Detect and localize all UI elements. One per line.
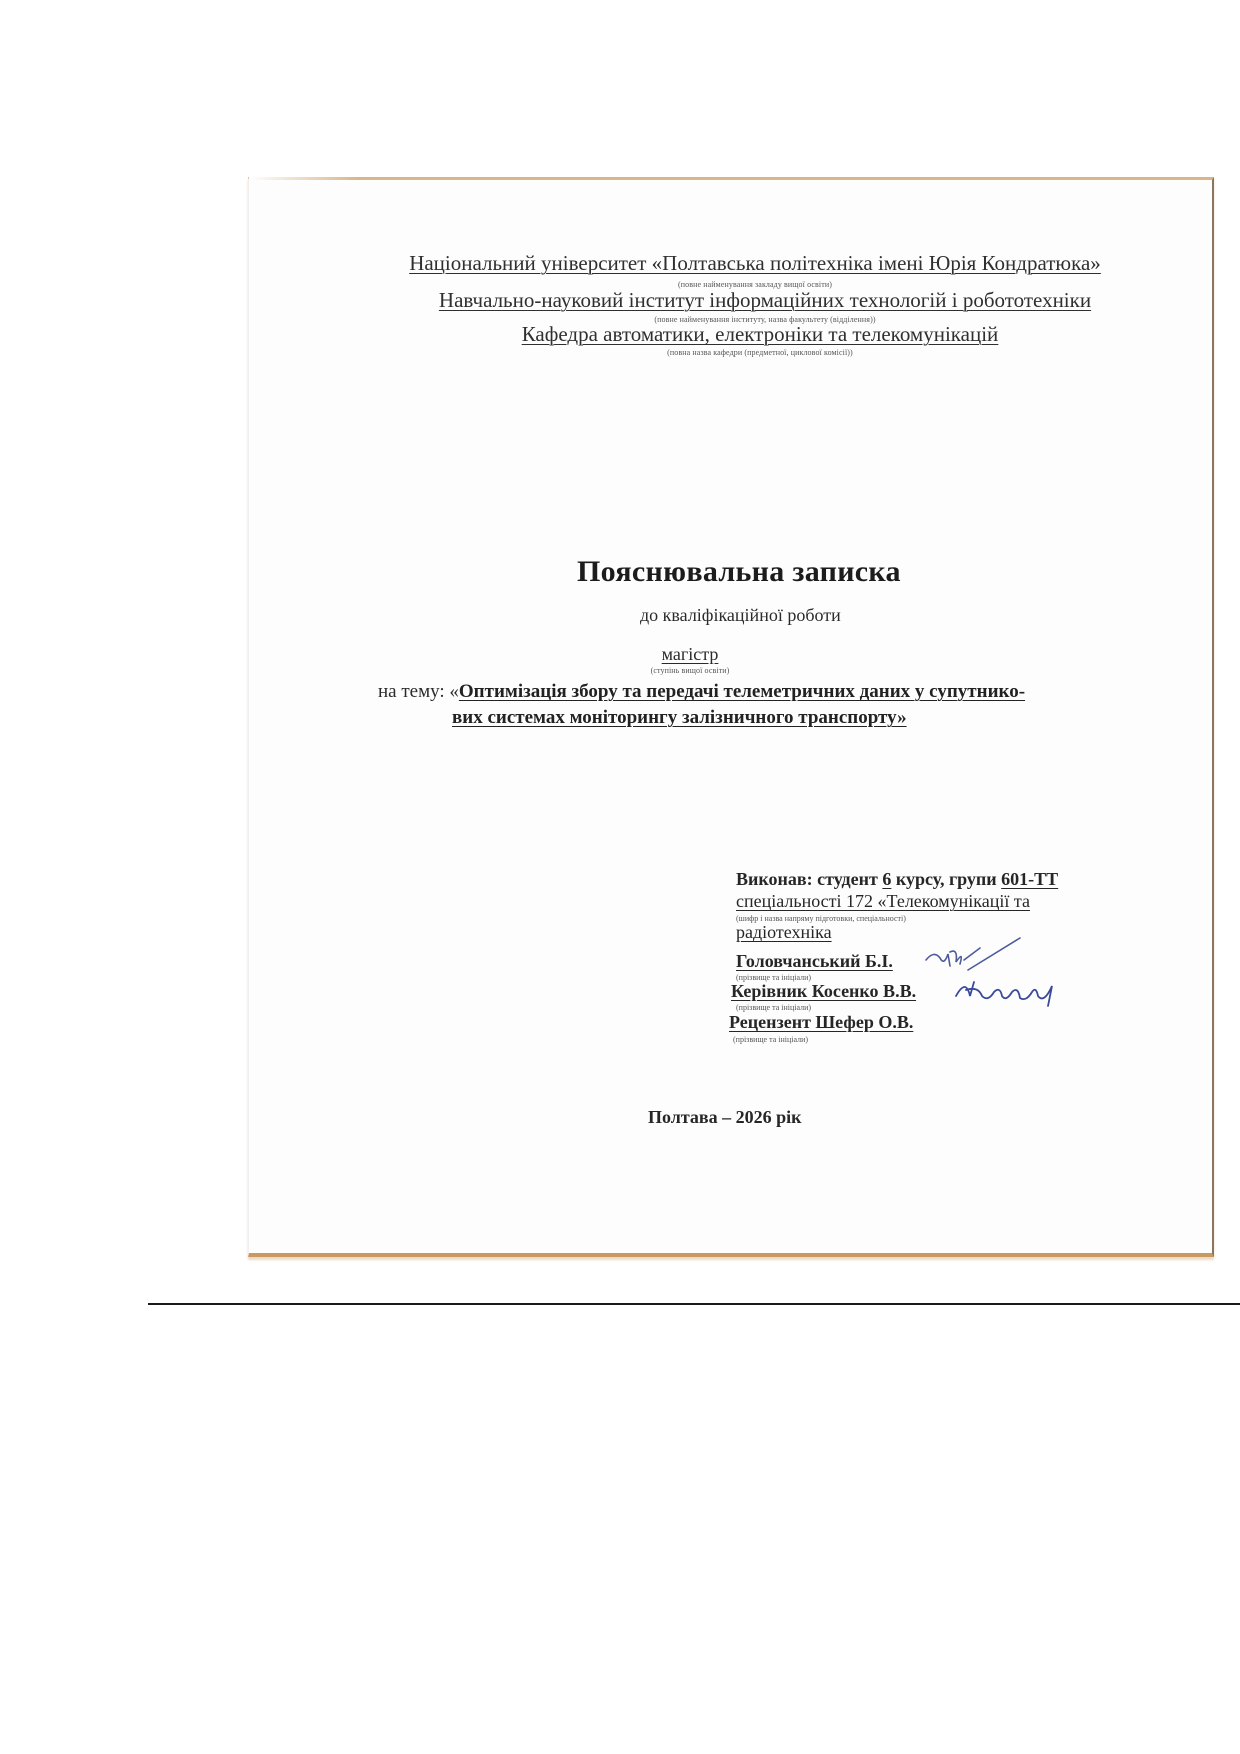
supervisor-note: (прізвище та ініціали) — [736, 1003, 811, 1012]
specialty-continuation: радіотехніка — [736, 922, 832, 943]
institute-name: Навчально-науковий інститут інформаційни… — [415, 288, 1115, 313]
city-year: Полтава – 2026 рік — [648, 1107, 802, 1128]
degree-note: (ступінь вищої освіти) — [603, 666, 777, 675]
degree-value: магістр — [603, 644, 777, 665]
document-title: Пояснювальна записка — [577, 555, 901, 589]
document-subtitle: до кваліфікаційної роботи — [640, 605, 841, 626]
performed-by-line: Виконав: студент 6 курсу, групи 601-ТТ — [736, 869, 1058, 890]
topic-line-1: на тему: «Оптимізація збору та передачі … — [378, 681, 1025, 703]
department-name: Кафедра автоматики, електроніки та телек… — [470, 322, 1050, 347]
horizontal-divider — [148, 1303, 1240, 1305]
supervisor-signature-icon — [948, 972, 1068, 1016]
student-name: Головчанський Б.І. — [736, 951, 941, 972]
topic-text-1: Оптимізація збору та передачі телеметрич… — [459, 681, 1025, 702]
specialty-line: спеціальності 172 «Телекомунікації та — [736, 891, 1030, 912]
topic-line-2: вих системах моніторингу залізничного тр… — [452, 707, 907, 729]
university-name: Національний університет «Полтавська пол… — [395, 251, 1115, 276]
supervisor-name: Керівник Косенко В.В. — [731, 981, 916, 1002]
group-code: 601-ТТ — [1001, 869, 1058, 889]
reviewer-name: Рецензент Шефер О.В. — [729, 1012, 953, 1033]
performed-prefix: Виконав: студент — [736, 869, 882, 889]
course-suffix: курсу, групи — [891, 869, 1001, 889]
topic-prefix: на тему: « — [378, 681, 459, 702]
reviewer-note: (прізвище та ініціали) — [733, 1035, 808, 1044]
scan-edge-fade — [249, 177, 359, 180]
department-note: (повна назва кафедри (предметної, циклов… — [470, 348, 1050, 357]
